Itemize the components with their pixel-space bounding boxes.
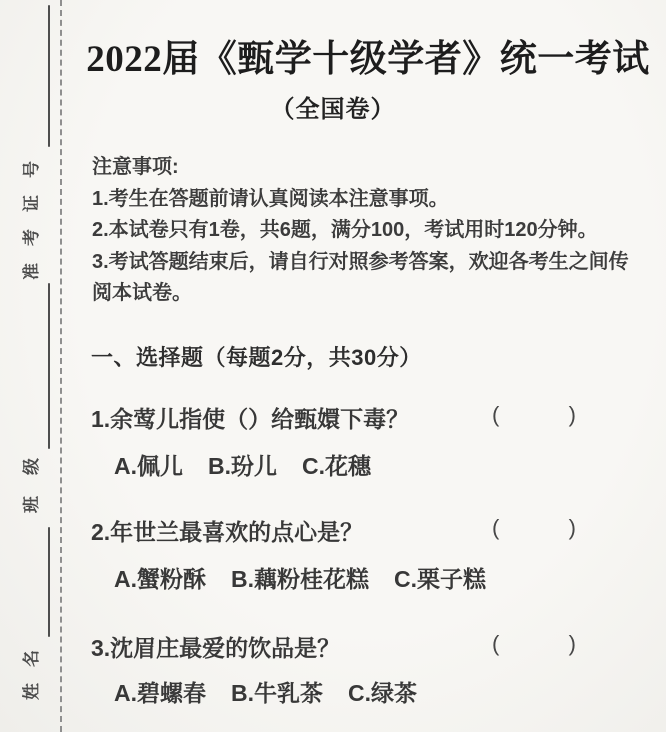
notice-heading: 注意事项: — [92, 152, 637, 184]
exam-paper: 准考证号 班级 姓名 2022届《甄学十级学者》统一考试 （全国卷） 注意事项:… — [0, 0, 666, 732]
seal-label-name: 姓名 — [22, 627, 42, 707]
option-b: B.玢儿 — [208, 448, 277, 481]
question-1-answer-bracket: ( ) — [492, 402, 576, 428]
seal-underline-exam-id — [48, 5, 50, 147]
question-1-options: A.佩儿 B.玢儿 C.花穗 — [114, 448, 371, 481]
seal-underline-name — [48, 527, 50, 637]
option-c: C.花穗 — [302, 448, 371, 481]
notice-item-3: 3.考试答题结束后，请自行对照参考答案，欢迎各考生之间传阅本试卷。 — [92, 247, 637, 310]
option-b: B.牛乳茶 — [231, 675, 323, 708]
notice-item-1: 1.考生在答题前请认真阅读本注意事项。 — [92, 184, 637, 216]
question-2-answer-bracket: ( ) — [492, 515, 576, 541]
option-a: A.佩儿 — [114, 448, 183, 481]
question-2-text: 2.年世兰最喜欢的点心是？ — [91, 514, 363, 547]
bracket-close: ) — [569, 515, 576, 541]
question-2-options: A.蟹粉酥 B.藕粉桂花糕 C.栗子糕 — [114, 561, 486, 594]
option-a: A.蟹粉酥 — [114, 561, 206, 594]
bracket-open: ( — [492, 515, 499, 541]
question-3-text: 3.沈眉庄最爱的饮品是？ — [91, 630, 340, 663]
seal-label-exam-id: 准考证号 — [22, 142, 42, 282]
option-b: B.藕粉桂花糕 — [231, 561, 369, 594]
exam-subtitle: （全国卷） — [0, 89, 666, 124]
option-c: C.绿茶 — [348, 675, 417, 708]
question-1-text: 1.余莺儿指使（）给甄嬛下毒？ — [91, 401, 409, 434]
option-c: C.栗子糕 — [394, 561, 486, 594]
seal-label-class: 班级 — [22, 435, 42, 515]
bracket-close: ) — [569, 402, 576, 428]
question-3-options: A.碧螺春 B.牛乳茶 C.绿茶 — [114, 675, 417, 708]
notice-block: 注意事项: 1.考生在答题前请认真阅读本注意事项。 2.本试卷只有1卷，共6题，… — [92, 152, 637, 310]
section-heading: 一、选择题（每题2分，共30分） — [91, 341, 422, 372]
seal-underline-class — [48, 283, 50, 449]
question-3-answer-bracket: ( ) — [492, 631, 576, 657]
bracket-close: ) — [569, 631, 576, 657]
option-a: A.碧螺春 — [114, 675, 206, 708]
bracket-open: ( — [492, 631, 499, 657]
notice-item-2: 2.本试卷只有1卷，共6题，满分100，考试用时120分钟。 — [92, 215, 637, 247]
exam-title: 2022届《甄学十级学者》统一考试 — [70, 28, 666, 82]
bracket-open: ( — [492, 402, 499, 428]
